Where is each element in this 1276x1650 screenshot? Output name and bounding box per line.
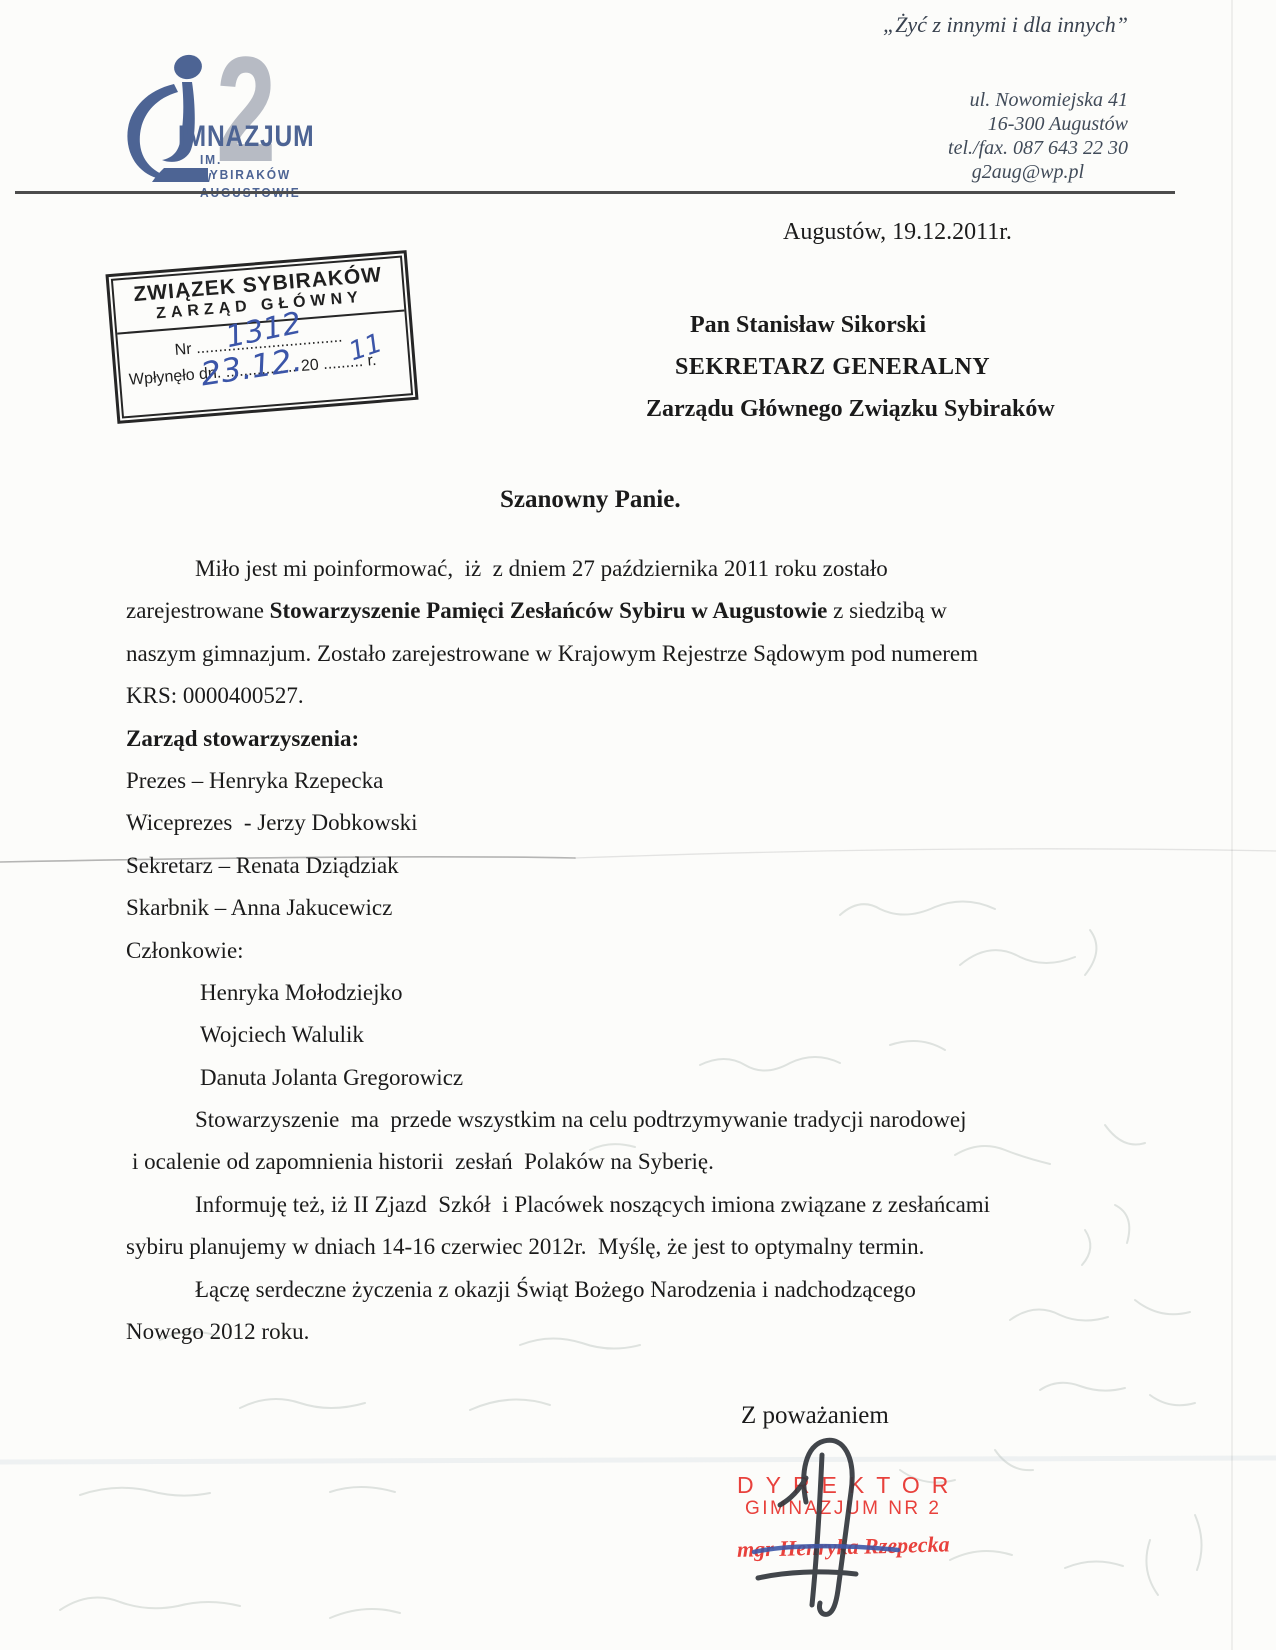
body-line: Miło jest mi poinformować, iż z dniem 27… — [126, 548, 1022, 590]
body-line: KRS: 0000400527. — [126, 675, 1022, 717]
body-text: naszym gimnazjum. Zostało zarejestrowane… — [126, 641, 978, 666]
address-phone: tel./fax. 087 643 22 30 — [948, 136, 1128, 160]
body-text: KRS: 0000400527. — [126, 683, 304, 708]
body-line: naszym gimnazjum. Zostało zarejestrowane… — [126, 633, 1022, 675]
body-line: Wiceprezes - Jerzy Dobkowski — [126, 802, 1022, 844]
school-logo: 2 IMNAZJUM IM. SYBIRAKÓW W AUGUSTOWIE — [112, 50, 322, 198]
address-street: ul. Nowomiejska 41 — [948, 88, 1128, 112]
body-text-bold: Zarząd stowarzyszenia: — [126, 726, 359, 751]
director-stamp-title: DYREKTOR — [737, 1472, 960, 1499]
body-text: Danuta Jolanta Gregorowicz — [200, 1065, 463, 1090]
address-email: g2aug@wp.pl — [948, 160, 1128, 184]
date-line: Augustów, 19.12.2011r. — [783, 219, 1012, 246]
recipient-title: SEKRETARZ GENERALNY — [646, 346, 1055, 388]
body-text: Skarbnik – Anna Jakucewicz — [126, 895, 392, 920]
body-text: Członkowie: — [126, 938, 244, 963]
logo-subtitle-2: W AUGUSTOWIE — [200, 170, 312, 200]
body-text: Henryka Mołodziejko — [200, 980, 402, 1005]
body-text: zarejestrowane — [126, 598, 270, 623]
body-text: Informuję też, iż II Zjazd Szkół i Placó… — [195, 1192, 990, 1217]
body-line: Nowego 2012 roku. — [126, 1311, 1022, 1353]
scanned-letter-page: „Żyć z innymi i dla innych” 2 IMNAZJUM I… — [0, 0, 1276, 1650]
body-line: zarejestrowane Stowarzyszenie Pamięci Ze… — [126, 590, 1022, 632]
body-line: Prezes – Henryka Rzepecka — [126, 760, 1022, 802]
body-text: Prezes – Henryka Rzepecka — [126, 768, 383, 793]
motto-quote: „Żyć z innymi i dla innych” — [883, 12, 1128, 38]
body-text: z siedzibą w — [827, 598, 946, 623]
body-line: Stowarzyszenie ma przede wszystkim na ce… — [126, 1099, 1022, 1141]
body-line: Skarbnik – Anna Jakucewicz — [126, 887, 1022, 929]
body-line: Członkowie: — [126, 930, 1022, 972]
body-line: Informuję też, iż II Zjazd Szkół i Placó… — [126, 1184, 1022, 1226]
body-line: Łączę serdeczne życzenia z okazji Świąt … — [126, 1269, 1022, 1311]
body-text: Stowarzyszenie ma przede wszystkim na ce… — [195, 1107, 967, 1132]
director-stamp-name: mgr Henryka Rzepecka — [737, 1531, 961, 1563]
received-stamp: ZWIĄZEK SYBIRAKÓW ZARZĄD GŁÓWNY Nr .....… — [105, 250, 418, 424]
body-text: sybiru planujemy w dniach 14-16 czerwiec… — [126, 1234, 924, 1259]
body-text: i ocalenie od zapomnienia historii zesła… — [132, 1149, 714, 1174]
address-city: 16-300 Augustów — [948, 112, 1128, 136]
body-line: Henryka Mołodziejko — [126, 972, 1022, 1014]
director-stamp-school: GIMNAZJUM NR 2 — [737, 1498, 960, 1520]
body-text: Sekretarz – Renata Dziądziak — [126, 853, 399, 878]
body-text: Wiceprezes - Jerzy Dobkowski — [126, 810, 418, 835]
body-text: Miło jest mi poinformować, iż z dniem 27… — [195, 556, 888, 581]
scan-edge-line — [1231, 0, 1233, 1650]
recipient-organization: Zarządu Głównego Związku Sybiraków — [646, 388, 1055, 430]
body-line: Zarząd stowarzyszenia: — [126, 718, 1022, 760]
body-text: Wojciech Walulik — [200, 1022, 364, 1047]
recipient-name: Pan Stanisław Sikorski — [646, 304, 1055, 346]
body-text-bold: Stowarzyszenie Pamięci Zesłańców Sybiru … — [270, 598, 828, 623]
letter-body: Miło jest mi poinformować, iż z dniem 27… — [126, 548, 1022, 1353]
body-line: Wojciech Walulik — [126, 1014, 1022, 1056]
body-text: Łączę serdeczne życzenia z okazji Świąt … — [195, 1277, 916, 1302]
logo-name-text: IMNAZJUM — [178, 120, 314, 154]
closing-phrase: Z poważaniem — [741, 1402, 889, 1430]
body-line: Danuta Jolanta Gregorowicz — [126, 1057, 1022, 1099]
salutation: Szanowny Panie. — [500, 486, 681, 514]
body-line: sybiru planujemy w dniach 14-16 czerwiec… — [126, 1226, 1022, 1268]
body-text: Nowego 2012 roku. — [126, 1319, 309, 1344]
body-line: i ocalenie od zapomnienia historii zesła… — [126, 1141, 1022, 1183]
letterhead-address: ul. Nowomiejska 41 16-300 Augustów tel./… — [948, 88, 1128, 184]
director-stamp: DYREKTOR GIMNAZJUM NR 2 mgr Henryka Rzep… — [737, 1472, 960, 1560]
header-divider-rule — [15, 191, 1175, 194]
body-line: Sekretarz – Renata Dziądziak — [126, 845, 1022, 887]
recipient-block: Pan Stanisław Sikorski SEKRETARZ GENERAL… — [646, 304, 1055, 430]
